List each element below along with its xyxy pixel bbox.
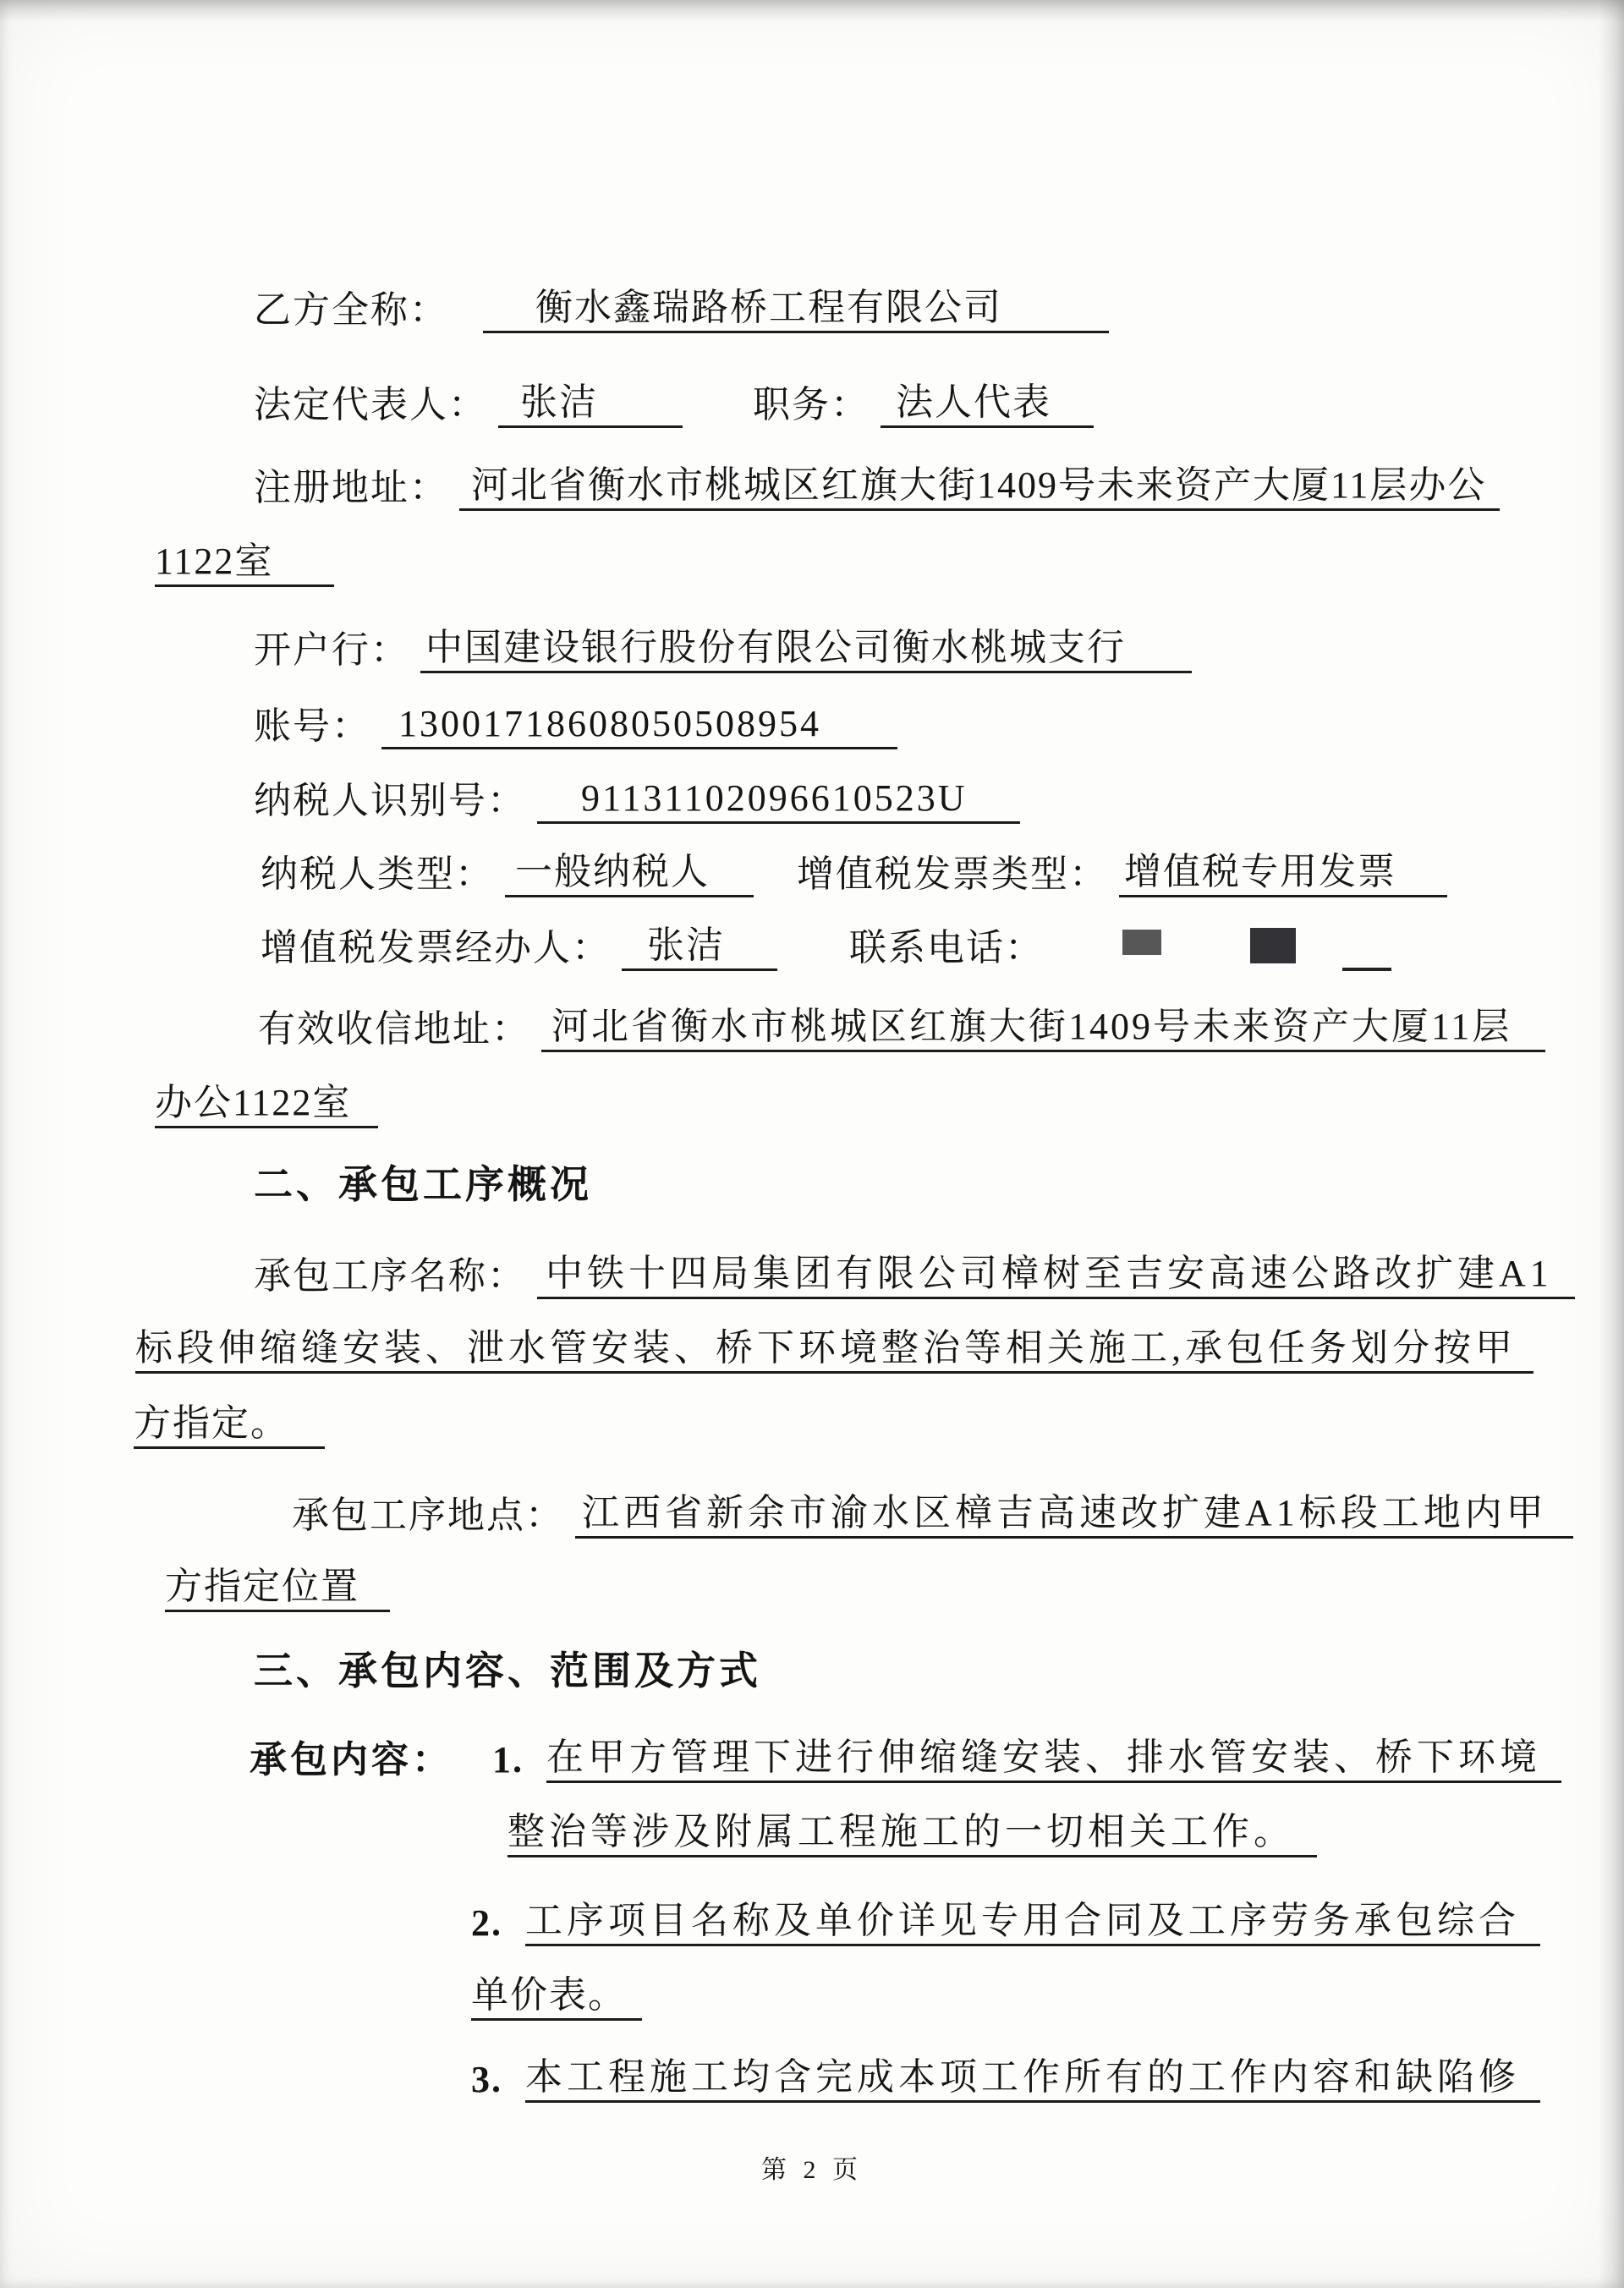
content-item1-row-1: 承包内容： 1. 在甲方管理下进行伸缩缝安装、排水管安装、桥下环境 bbox=[250, 1736, 1561, 1783]
taxpayer-type-value: 一般纳税人 bbox=[505, 850, 754, 897]
legal-rep-label: 法定代表人： bbox=[254, 383, 487, 428]
account-value: 13001718608050508954 bbox=[381, 702, 897, 749]
reg-address-value-1: 河北省衡水市桃城区红旗大街1409号未来资产大厦11层办公 bbox=[459, 464, 1500, 511]
legal-rep-row: 法定代表人： 张洁 职务： 法人代表 bbox=[254, 381, 1094, 428]
tax-id-value: 91131102096610523U bbox=[537, 776, 1020, 824]
taxpayer-type-row: 纳税人类型： 一般纳税人 增值税发票类型： 增值税专用发票 bbox=[261, 850, 1447, 897]
scope-name-label: 承包工序名称： bbox=[254, 1254, 526, 1299]
tax-id-row: 纳税人识别号： 91131102096610523U bbox=[254, 776, 1020, 824]
scope-name-value-1: 中铁十四局集团有限公司樟树至吉安高速公路改扩建A1 bbox=[537, 1252, 1575, 1299]
invoice-agent-label: 增值税发票经办人： bbox=[261, 926, 611, 971]
item2-value-2: 单价表。 bbox=[471, 1973, 642, 2021]
mail-address-value-1: 河北省衡水市桃城区红旗大街1409号未来资产大厦11层 bbox=[541, 1005, 1545, 1052]
scope-name-row-2: 标段伸缩缝安装、泄水管安装、桥下环境整治等相关施工,承包任务划分按甲 bbox=[135, 1326, 1533, 1374]
invoice-agent-row: 增值税发票经办人： 张洁 联系电话： bbox=[261, 924, 1391, 971]
reg-address-row-1: 注册地址： 河北省衡水市桃城区红旗大街1409号未来资产大厦11层办公 bbox=[254, 464, 1500, 511]
item2-number: 2. bbox=[471, 1901, 502, 1946]
phone-redaction-underline bbox=[1342, 942, 1391, 971]
job-title-label: 职务： bbox=[753, 383, 870, 428]
location-label: 承包工序地点： bbox=[292, 1494, 564, 1539]
invoice-type-value: 增值税专用发票 bbox=[1119, 850, 1447, 897]
scope-name-value-3: 方指定。 bbox=[134, 1402, 325, 1449]
phone-redaction-block-1 bbox=[1122, 930, 1161, 955]
item2-value-1: 工序项目名称及单价详见专用合同及工序劳务承包综合 bbox=[525, 1899, 1540, 1946]
item3-number: 3. bbox=[471, 2058, 502, 2103]
content-item2-row-2: 单价表。 bbox=[471, 1973, 642, 2021]
section2-heading: 二、承包工序概况 bbox=[254, 1161, 592, 1208]
invoice-agent-value: 张洁 bbox=[622, 924, 777, 971]
content-item1-row-2: 整治等涉及附属工程施工的一切相关工作。 bbox=[507, 1810, 1317, 1857]
legal-rep-value: 张洁 bbox=[498, 381, 683, 428]
content-item2-row-1: 2. 工序项目名称及单价详见专用合同及工序劳务承包综合 bbox=[471, 1899, 1540, 1946]
reg-address-value-2: 1122室 bbox=[155, 540, 334, 587]
item1-value-2: 整治等涉及附属工程施工的一切相关工作。 bbox=[507, 1810, 1317, 1857]
invoice-type-label: 增值税发票类型： bbox=[797, 853, 1108, 897]
section3-heading: 三、承包内容、范围及方式 bbox=[254, 1648, 761, 1694]
tax-id-label: 纳税人识别号： bbox=[254, 779, 526, 824]
party-b-name-label: 乙方全称： bbox=[254, 288, 448, 333]
mail-address-value-2: 办公1122室 bbox=[155, 1081, 378, 1128]
phone-label: 联系电话： bbox=[849, 926, 1044, 971]
mail-address-row-2: 办公1122室 bbox=[155, 1081, 378, 1128]
scope-name-row-1: 承包工序名称： 中铁十四局集团有限公司樟树至吉安高速公路改扩建A1 bbox=[254, 1252, 1575, 1299]
location-row-2: 方指定位置 bbox=[165, 1565, 390, 1612]
account-label: 账号： bbox=[254, 705, 370, 749]
location-value-1: 江西省新余市渝水区樟吉高速改扩建A1标段工地内甲 bbox=[575, 1491, 1573, 1539]
scope-name-row-3: 方指定。 bbox=[134, 1402, 325, 1449]
account-row: 账号： 13001718608050508954 bbox=[254, 702, 897, 749]
party-b-name-row: 乙方全称： 衡水鑫瑞路桥工程有限公司 bbox=[254, 286, 1109, 333]
reg-address-label: 注册地址： bbox=[254, 466, 448, 511]
taxpayer-type-label: 纳税人类型： bbox=[261, 853, 494, 897]
location-value-2: 方指定位置 bbox=[165, 1565, 390, 1612]
content-item3-row-1: 3. 本工程施工均含完成本项工作所有的工作内容和缺陷修 bbox=[471, 2055, 1540, 2103]
mail-address-row-1: 有效收信地址： 河北省衡水市桃城区红旗大街1409号未来资产大厦11层 bbox=[258, 1005, 1545, 1052]
item1-number: 1. bbox=[492, 1738, 524, 1783]
job-title-value: 法人代表 bbox=[881, 381, 1094, 428]
scope-name-value-2: 标段伸缩缝安装、泄水管安装、桥下环境整治等相关施工,承包任务划分按甲 bbox=[135, 1326, 1533, 1374]
bank-value: 中国建设银行股份有限公司衡水桃城支行 bbox=[420, 626, 1192, 673]
item1-value-1: 在甲方管理下进行伸缩缝安装、排水管安装、桥下环境 bbox=[546, 1736, 1561, 1783]
phone-redaction-block-2 bbox=[1250, 928, 1296, 963]
page-number: 第 2 页 bbox=[0, 2148, 1624, 2186]
item3-value-1: 本工程施工均含完成本项工作所有的工作内容和缺陷修 bbox=[525, 2055, 1540, 2103]
bank-label: 开户行： bbox=[254, 628, 409, 673]
contract-page: 乙方全称： 衡水鑫瑞路桥工程有限公司 法定代表人： 张洁 职务： 法人代表 注册… bbox=[0, 0, 1624, 2288]
content-label: 承包内容： bbox=[250, 1738, 453, 1783]
reg-address-row-2: 1122室 bbox=[155, 540, 334, 587]
party-b-name-value: 衡水鑫瑞路桥工程有限公司 bbox=[483, 286, 1109, 333]
bank-row: 开户行： 中国建设银行股份有限公司衡水桃城支行 bbox=[254, 626, 1192, 673]
location-row-1: 承包工序地点： 江西省新余市渝水区樟吉高速改扩建A1标段工地内甲 bbox=[292, 1491, 1573, 1539]
mail-address-label: 有效收信地址： bbox=[258, 1007, 530, 1052]
